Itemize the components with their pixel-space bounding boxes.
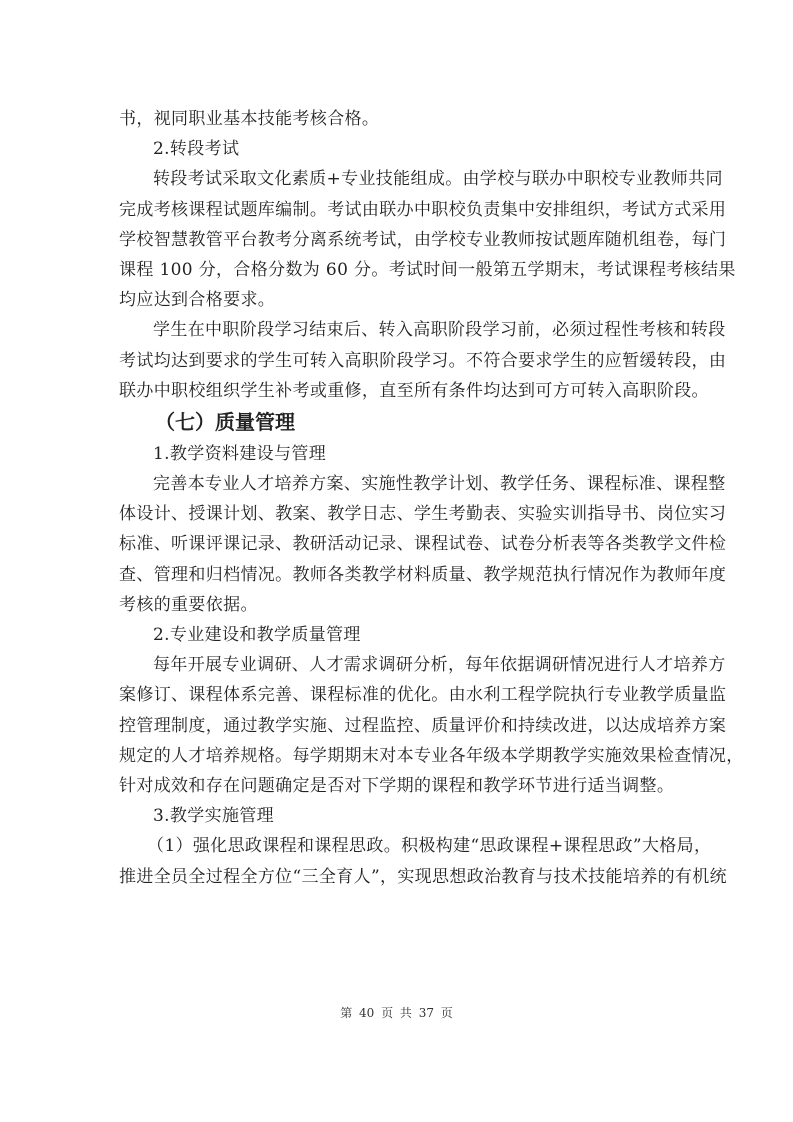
paragraph-line: 学校智慧教管平台教考分离系统考试，由学校专业教师按试题库随机组卷，每门 [119, 225, 675, 255]
subsection-heading-teaching-materials: 1.教学资料建设与管理 [119, 439, 675, 469]
paragraph-line: 推进全员全过程全方位“三全育人”，实现思想政治教育与技术技能培养的有机统 [119, 862, 675, 892]
page-number-footer: 第 40 页 共 37 页 [0, 1004, 793, 1021]
subsection-heading-transfer-exam: 2.转段考试 [119, 134, 675, 164]
section-heading-quality-management: （七）质量管理 [119, 406, 675, 439]
paragraph-line: 考核的重要依据。 [119, 590, 675, 620]
paragraph-line: （1）强化思政课程和课程思政。积极构建“思政课程+课程思政”大格局， [119, 831, 675, 861]
subsection-heading-teaching-implementation: 3.教学实施管理 [119, 801, 675, 831]
paragraph-line: 标准、听课评课记录、教研活动记录、课程试卷、试卷分析表等各类教学文件检 [119, 529, 675, 559]
paragraph-line: 联办中职校组织学生补考或重修，直至所有条件均达到可方可转入高职阶段。 [119, 376, 675, 406]
paragraph-line: 完成考核课程试题库编制。考试由联办中职校负责集中安排组织，考试方式采用 [119, 195, 675, 225]
paragraph-line: 每年开展专业调研、人才需求调研分析，每年依据调研情况进行人才培养方 [119, 650, 675, 680]
subsection-heading-quality-management: 2.专业建设和教学质量管理 [119, 620, 675, 650]
paragraph-line: 规定的人才培养规格。每学期期末对本专业各年级本学期教学实施效果检查情况， [119, 741, 675, 771]
paragraph-line: 考试均达到要求的学生可转入高职阶段学习。不符合要求学生的应暂缓转段，由 [119, 346, 675, 376]
paragraph-line: 查、管理和归档情况。教师各类教学材料质量、教学规范执行情况作为教师年度 [119, 560, 675, 590]
document-page: 书，视同职业基本技能考核合格。 2.转段考试 转段考试采取文化素质+专业技能组成… [119, 104, 675, 892]
paragraph-line: 案修订、课程体系完善、课程标准的优化。由水利工程学院执行专业教学质量监 [119, 680, 675, 710]
text-line: 书，视同职业基本技能考核合格。 [119, 104, 675, 134]
paragraph-line: 体设计、授课计划、教案、教学日志、学生考勤表、实验实训指导书、岗位实习 [119, 499, 675, 529]
paragraph-line: 转段考试采取文化素质+专业技能组成。由学校与联办中职校专业教师共同 [119, 164, 675, 194]
paragraph-line: 控管理制度，通过教学实施、过程监控、质量评价和持续改进，以达成培养方案 [119, 711, 675, 741]
paragraph-line: 学生在中职阶段学习结束后、转入高职阶段学习前，必须过程性考核和转段 [119, 315, 675, 345]
paragraph-line: 针对成效和存在问题确定是否对下学期的课程和教学环节进行适当调整。 [119, 771, 675, 801]
paragraph-line: 完善本专业人才培养方案、实施性教学计划、教学任务、课程标准、课程整 [119, 469, 675, 499]
paragraph-line: 课程 100 分，合格分数为 60 分。考试时间一般第五学期末，考试课程考核结果 [119, 255, 675, 285]
paragraph-line: 均应达到合格要求。 [119, 285, 675, 315]
